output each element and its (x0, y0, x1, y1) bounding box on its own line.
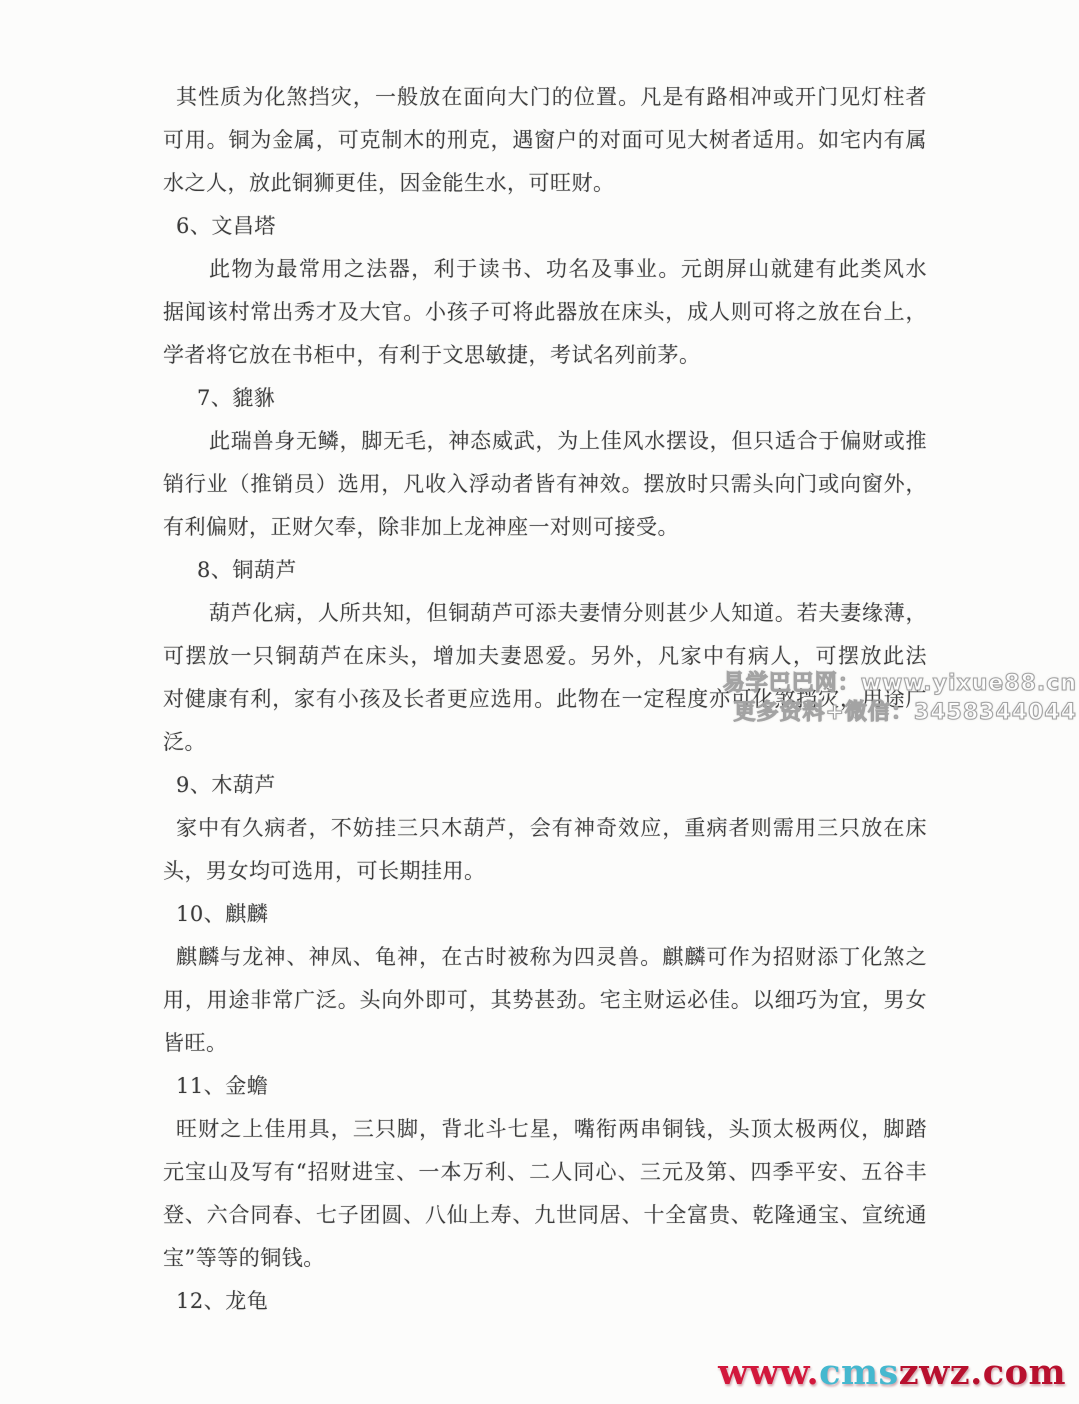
document-line: 麒麟与龙神、神凤、龟神，在古时被称为四灵兽。麒麟可作为招财添丁化煞之 (163, 936, 927, 979)
document-line: 销行业（推销员）选用，凡收入浮动者皆有神效。摆放时只需头向门或向窗外， (163, 463, 927, 506)
document-line: 旺财之上佳用具，三只脚，背北斗七星，嘴衔两串铜钱，头顶太极两仪，脚踏 (163, 1108, 927, 1151)
document-line: 据闻该村常出秀才及大官。小孩子可将此器放在床头，成人则可将之放在台上， (163, 291, 927, 334)
document-line: 泛。 (163, 721, 927, 764)
document-line: 用，用途非常广泛。头向外即可，其势甚劲。宅主财运必佳。以细巧为宜，男女 (163, 979, 927, 1022)
document-line: 可用。铜为金属，可克制木的刑克，遇窗户的对面可见大树者适用。如宅内有属 (163, 119, 927, 162)
watermark: 易学巴巴网：www.yixue88.cn 更多资料+微信：3458344044 (723, 669, 1077, 727)
document-line: 葫芦化病，人所共知，但铜葫芦可添夫妻情分则甚少人知道。若夫妻缘薄， (163, 592, 927, 635)
document-line: 宝”等等的铜钱。 (163, 1237, 927, 1280)
document-line: 此瑞兽身无鳞，脚无毛，神态威武，为上佳风水摆设，但只适合于偏财或推 (163, 420, 927, 463)
section-heading: 8、铜葫芦 (163, 549, 927, 592)
section-heading: 11、金蟾 (163, 1065, 927, 1108)
document-line: 元宝山及写有“招财进宝、一本万利、二人同心、三元及第、四季平安、五谷丰 (163, 1151, 927, 1194)
section-heading: 12、龙龟 (163, 1280, 927, 1323)
document-line: 有利偏财，正财欠奉，除非加上龙神座一对则可接受。 (163, 506, 927, 549)
footer-url-cms: cms (819, 1352, 899, 1393)
footer-site-url: www.cmszwz.com (718, 1352, 1066, 1393)
section-heading: 9、木葫芦 (163, 764, 927, 807)
watermark-site-line: 易学巴巴网：www.yixue88.cn (723, 669, 1077, 698)
section-heading: 7、貔貅 (163, 377, 927, 420)
document-line: 学者将它放在书柜中，有利于文思敏捷，考试名列前茅。 (163, 334, 927, 377)
footer-url-www: www. (718, 1352, 819, 1393)
section-heading: 10、麒麟 (163, 893, 927, 936)
document-line: 此物为最常用之法器，利于读书、功名及事业。元朗屏山就建有此类风水塔， (163, 248, 927, 291)
watermark-wechat-line: 更多资料+微信：3458344044 (723, 698, 1077, 727)
document-line: 家中有久病者，不妨挂三只木葫芦，会有神奇效应，重病者则需用三只放在床 (163, 807, 927, 850)
document-line: 皆旺。 (163, 1022, 927, 1065)
scanned-document-page: 其性质为化煞挡灾，一般放在面向大门的位置。凡是有路相冲或开门见灯柱者可用。铜为金… (0, 0, 1079, 1404)
footer-url-zwz: zwz.com (899, 1352, 1066, 1393)
document-line: 头，男女均可选用，可长期挂用。 (163, 850, 927, 893)
section-heading: 6、文昌塔 (163, 205, 927, 248)
document-line: 登、六合同春、七子团圆、八仙上寿、九世同居、十全富贵、乾隆通宝、宣统通 (163, 1194, 927, 1237)
document-line: 其性质为化煞挡灾，一般放在面向大门的位置。凡是有路相冲或开门见灯柱者 (163, 76, 927, 119)
document-line: 水之人，放此铜狮更佳，因金能生水，可旺财。 (163, 162, 927, 205)
